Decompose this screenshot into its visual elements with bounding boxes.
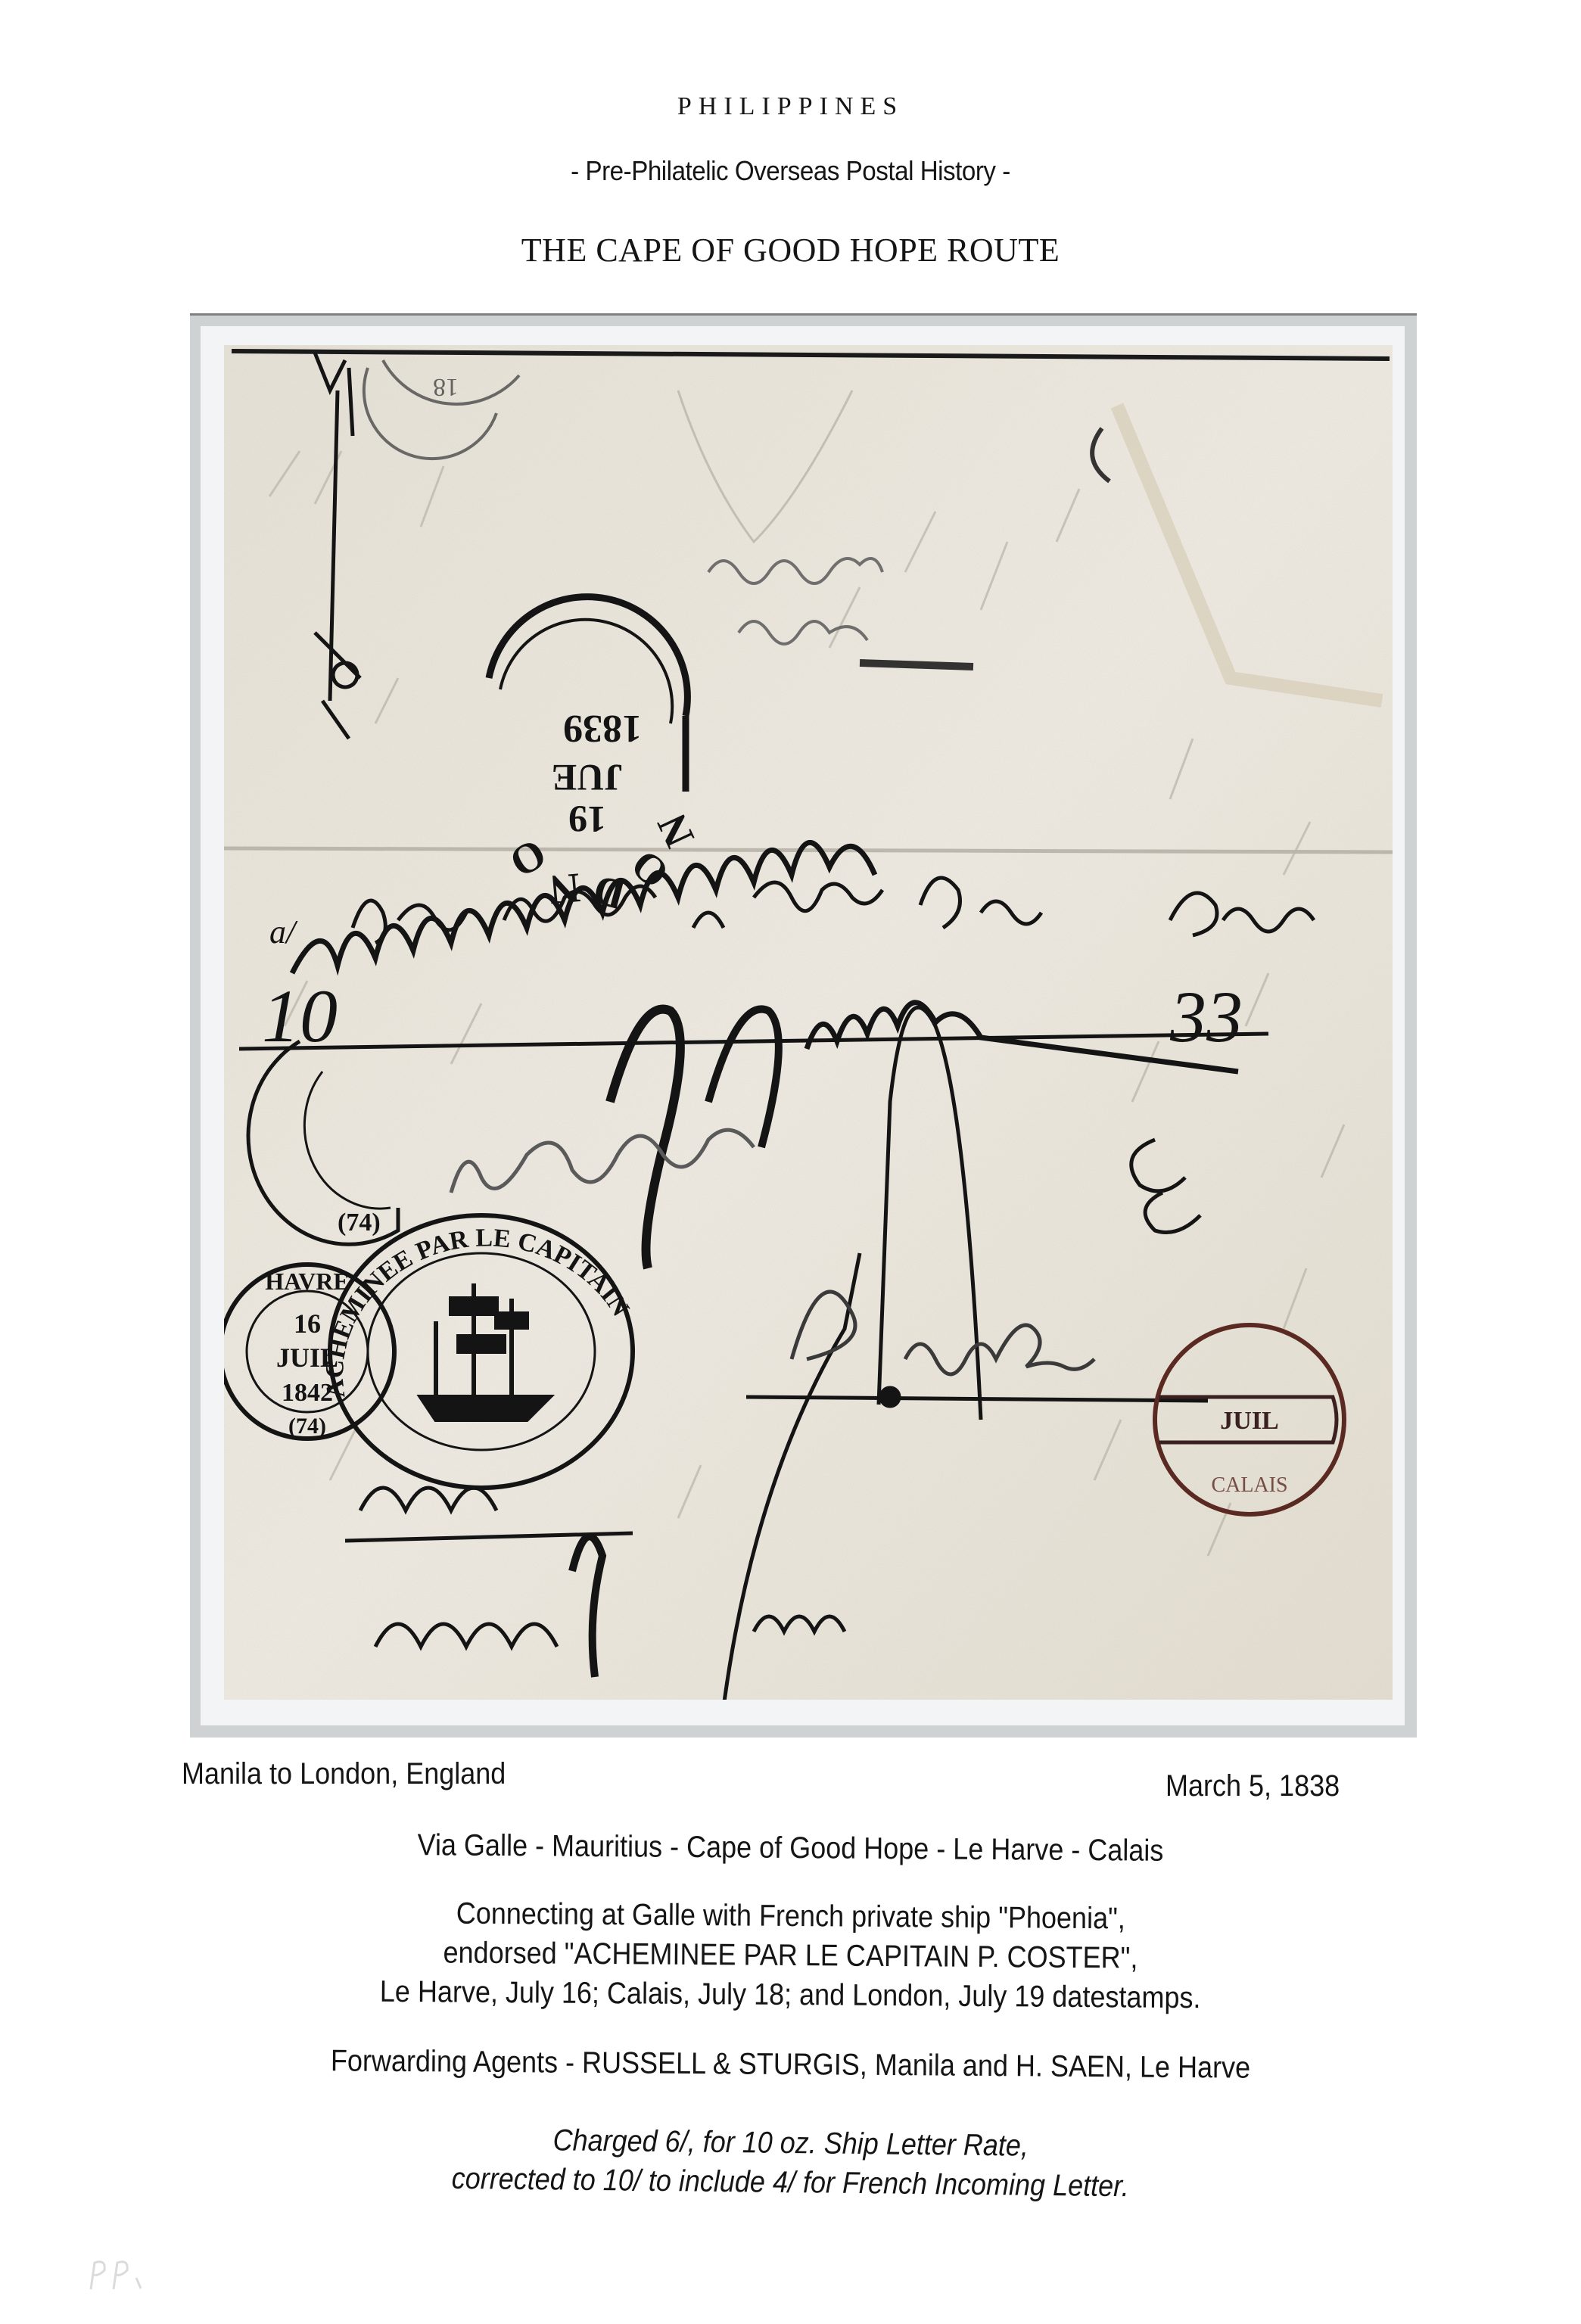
caption-via: Via Galle - Mauritius - Cape of Good Hop… — [79, 1826, 1502, 1871]
caption-date: March 5, 1838 — [1166, 1769, 1340, 1803]
svg-text:(74): (74) — [338, 1209, 381, 1237]
svg-text:JUIL: JUIL — [1220, 1407, 1278, 1435]
letter-cover-illustration: 18 1839 JUE 19 O N D O N — [224, 345, 1393, 1700]
page-title: THE CAPE OF GOOD HOPE ROUTE — [0, 231, 1581, 269]
svg-text:CALAIS: CALAIS — [1211, 1473, 1287, 1497]
country-heading: PHILIPPINES — [0, 92, 1581, 121]
svg-text:a/: a/ — [269, 913, 298, 950]
rate-mark-10: 10 — [262, 974, 338, 1058]
svg-text:16: 16 — [294, 1308, 321, 1339]
caption-charges: Charged 6/, for 10 oz. Ship Letter Rate,… — [79, 2115, 1502, 2210]
svg-text:(74): (74) — [288, 1414, 326, 1439]
svg-text:1839: 1839 — [563, 707, 642, 750]
pencil-notation — [83, 2255, 151, 2293]
svg-text:18: 18 — [433, 373, 459, 401]
caption-agents: Forwarding Agents - RUSSELL & STURGIS, M… — [79, 2042, 1502, 2088]
subtitle: - Pre-Philatelic Overseas Postal History… — [64, 155, 1518, 187]
svg-text:JUE: JUE — [552, 757, 623, 799]
svg-text:HAVRE: HAVRE — [265, 1268, 349, 1295]
svg-text:JUIL: JUIL — [276, 1342, 338, 1373]
svg-text:1842: 1842 — [282, 1379, 333, 1407]
caption-connecting: Connecting at Galle with French private … — [79, 1891, 1502, 2021]
svg-text:19: 19 — [568, 798, 606, 841]
cover-image: 18 1839 JUE 19 O N D O N — [224, 345, 1393, 1700]
caption-route: Manila to London, England — [182, 1757, 506, 1791]
rate-mark-33: 33 — [1169, 976, 1243, 1057]
